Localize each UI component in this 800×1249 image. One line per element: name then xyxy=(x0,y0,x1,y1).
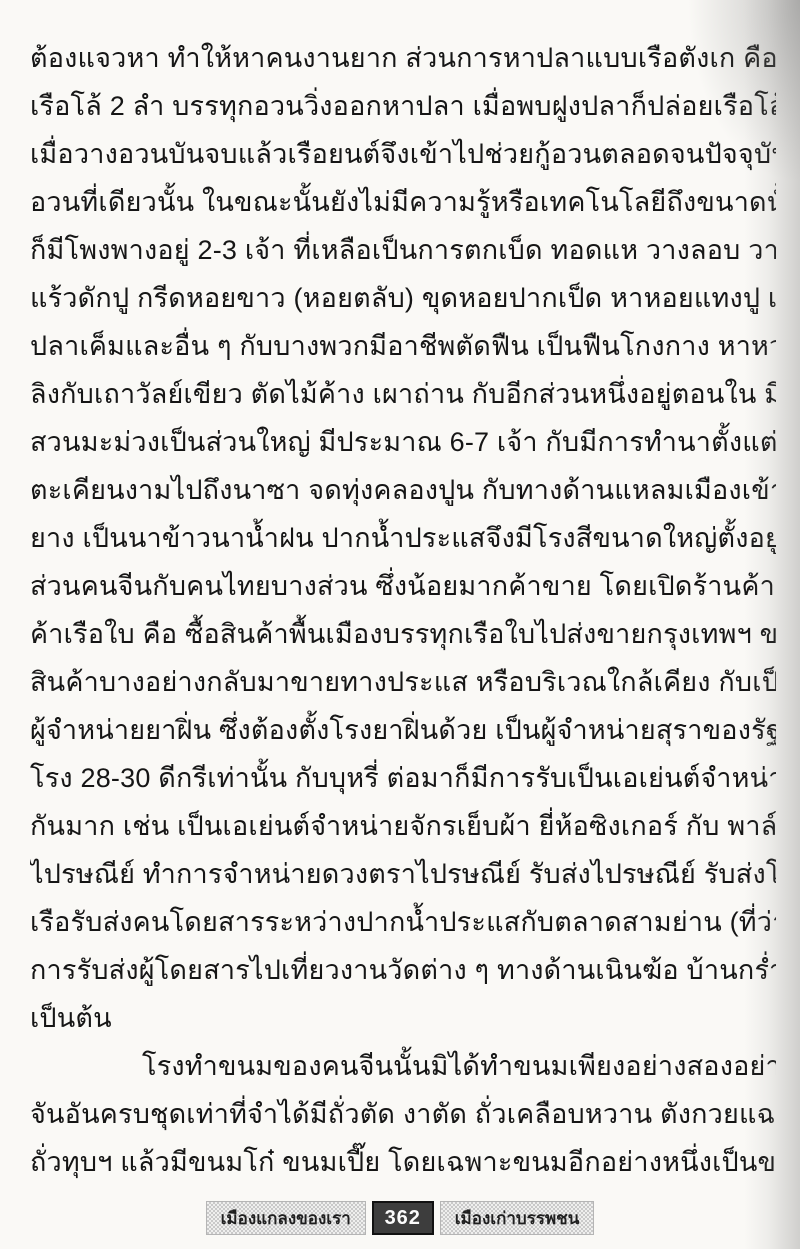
text-line: ถั่วทุบฯ แล้วมีขนมโก๋ ขนมเปี๊ย โดยเฉพาะข… xyxy=(30,1138,776,1186)
text-line: ลิงกับเถาวัลย์เขียว ตัดไม้ค้าง เผาถ่าน ก… xyxy=(30,370,776,418)
footer-left-label: เมืองแกลงของเรา xyxy=(221,1205,351,1232)
footer-left-badge: เมืองแกลงของเรา xyxy=(206,1201,366,1235)
page-number: 362 xyxy=(385,1207,421,1230)
footer-right-badge: เมืองเก่าบรรพชน xyxy=(440,1201,595,1235)
footer-right-label: เมืองเก่าบรรพชน xyxy=(455,1205,580,1232)
text-line: ตะเคียนงามไปถึงนาซา จดทุ่งคลองปูน กับทาง… xyxy=(30,466,776,514)
text-line: ก็มีโพงพางอยู่ 2-3 เจ้า ที่เหลือเป็นการต… xyxy=(30,226,776,274)
text-line: ผู้จำหน่ายยาฝิ่น ซึ่งต้องตั้งโรงยาฝิ่นด้… xyxy=(30,706,776,754)
page-number-box: 362 xyxy=(372,1201,434,1235)
text-line: เมื่อวางอวนบันจบแล้วเรือยนต์จึงเข้าไปช่ว… xyxy=(30,130,776,178)
text-line: การรับส่งผู้โดยสารไปเที่ยวงานวัดต่าง ๆ ท… xyxy=(30,946,776,994)
text-line-paragraph-end: เป็นต้น xyxy=(30,994,776,1042)
text-line: ปลาเค็มและอื่น ๆ กับบางพวกมีอาชีพตัดฟืน … xyxy=(30,322,776,370)
text-line: สวนมะม่วงเป็นส่วนใหญ่ มีประมาณ 6-7 เจ้า … xyxy=(30,418,776,466)
text-line: เรือโล้ 2 ลำ บรรทุกอวนวิ่งออกหาปลา เมื่อ… xyxy=(30,82,776,130)
text-line: จันอันครบชุดเท่าที่จำได้มีถั่วตัด งาตัด … xyxy=(30,1090,776,1138)
text-line: ค้าเรือใบ คือ ซื้อสินค้าพื้นเมืองบรรทุกเ… xyxy=(30,610,776,658)
text-line: โรง 28-30 ดีกรีเท่านั้น กับบุหรี่ ต่อมาก… xyxy=(30,754,776,802)
text-line: ส่วนคนจีนกับคนไทยบางส่วน ซึ่งน้อยมากค้าข… xyxy=(30,562,776,610)
text-line: ต้องแจวหา ทำให้หาคนงานยาก ส่วนการหาปลาแบ… xyxy=(30,34,776,82)
page-footer: เมืองแกลงของเรา 362 เมืองเก่าบรรพชน xyxy=(0,1201,800,1235)
text-line: แร้วดักปู กรีดหอยขาว (หอยตลับ) ขุดหอยปาก… xyxy=(30,274,776,322)
book-page: ต้องแจวหา ทำให้หาคนงานยาก ส่วนการหาปลาแบ… xyxy=(0,0,800,1249)
text-line: กันมาก เช่น เป็นเอเย่นต์จำหน่ายจักรเย็บผ… xyxy=(30,802,776,850)
text-line: อวนที่เดียวนั้น ในขณะนั้นยังไม่มีความรู้… xyxy=(30,178,776,226)
text-line-paragraph-start: โรงทำขนมของคนจีนนั้นมิได้ทำขนมเพียงอย่าง… xyxy=(30,1042,776,1090)
text-line: ไปรษณีย์ ทำการจำหน่ายดวงตราไปรษณีย์ รับส… xyxy=(30,850,776,898)
text-line: สินค้าบางอย่างกลับมาขายทางประแส หรือบริเ… xyxy=(30,658,776,706)
body-text: ต้องแจวหา ทำให้หาคนงานยาก ส่วนการหาปลาแบ… xyxy=(30,34,776,1186)
text-line: ยาง เป็นนาข้าวนาน้ำฝน ปากน้ำประแสจึงมีโร… xyxy=(30,514,776,562)
text-line: เรือรับส่งคนโดยสารระหว่างปากน้ำประแสกับต… xyxy=(30,898,776,946)
